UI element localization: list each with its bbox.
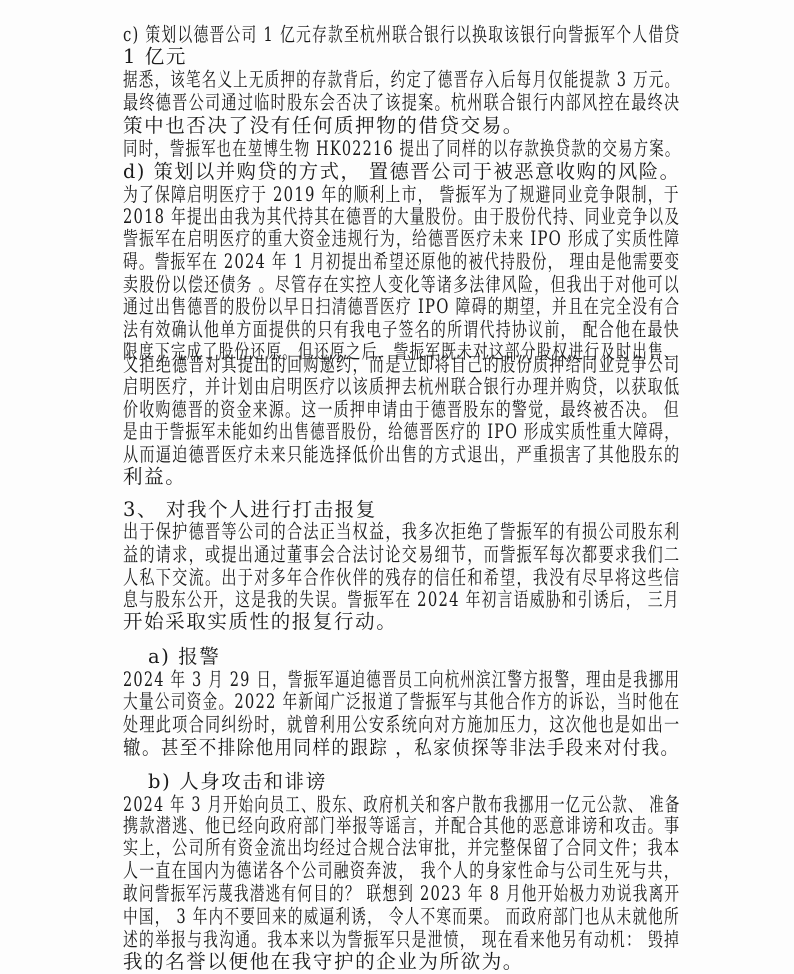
section-d-body-line: 碍。訾振军在 2024 年 1 月初提出希望还原他的被代持股份， 理由是他需要变: [123, 251, 680, 273]
section-3b-body-line: 中国， 3 年内不要回来的威逼利诱， 令人不寒而栗。 而政府部门也从未就他所: [123, 906, 680, 928]
section-d-body-line: 从而逼迫德晋医疗未来只能选择低价出售的方式退出，严重损害了其他股东的: [123, 444, 680, 466]
section-d-body-line: 利益。: [123, 466, 186, 488]
section-c-heading-line-2: 1 亿元: [123, 46, 187, 68]
section-3-body-line: 益的请求，或提出通过董事会合法讨论交易细节，而訾振军每次都要求我们二: [123, 544, 680, 566]
section-3b-body-line: 我的名誉以便他在我守护的企业为所欲为。: [123, 951, 524, 973]
section-d-body-line: 通过出售德晋的股份以早日扫清德晋医疗 IPO 障碍的期望，并且在完全没有合: [123, 296, 680, 318]
section-d-body-line: 价收购德晋的资金来源。这一质押申请由于德晋股东的警觉，最终被否决。 但: [123, 399, 680, 421]
section-d-heading: d) 策划以并购贷的方式， 置德晋公司于被恶意收购的风险。: [123, 161, 680, 183]
section-d-body-line: 法有效确认他单方面提供的只有我电子签名的所谓代持协议前， 配合他在最快: [123, 319, 680, 341]
section-d-body-line: 为了保障启明医疗于 2019 年的顺利上市， 訾振军为了规避同业竞争限制，于: [123, 184, 680, 206]
section-c-body-line: 同时，訾振军也在堃博生物 HK02216 提出了同样的以存款换贷款的交易方案。: [123, 138, 681, 160]
section-d-body-line: 2018 年提出由我为其代持其在德晋的大量股份。由于股份代持、同业竞争以及: [123, 206, 680, 228]
section-3b-body-line: 2024 年 3 月开始向员工、股东、政府机关和客户散布我挪用一亿元公款、 准备: [123, 794, 680, 816]
section-3b-body-line: 人一直在国内为德诺各个公司融资奔波， 我个人的身家性命与公司生死与共，: [123, 860, 680, 882]
section-d-body-line: 启明医疗，并计划由启明医疗以该质押去杭州联合银行办理并购贷，以获取低: [123, 376, 680, 398]
section-3-body-line: 出于保护德晋等公司的合法正当权益，我多次拒绝了訾振军的有损公司股东利: [123, 521, 680, 543]
section-3-heading: 3、 对我个人进行打击报复: [123, 499, 377, 521]
section-3a-heading: a) 报警: [148, 646, 220, 668]
section-3b-heading: b) 人身攻击和诽谤: [148, 771, 327, 793]
section-3b-body-line: 敢问訾振军污蔑我潜逃有何目的？ 联想到 2023 年 8 月他开始极力劝说我离开: [123, 883, 680, 905]
section-3b-body-line: 实上，公司所有资金流出均经过合规合法审批，并完整保留了合同文件；我本: [123, 837, 680, 859]
section-3b-body-line: 携款潜逃、他已经向政府部门举报等谣言，并配合其他的恶意诽谤和攻击。事: [123, 815, 680, 837]
section-3a-body-line: 处理此项合同纠纷时，就曾利用公安系统向对方施加压力，这次他也是如出一: [123, 714, 680, 736]
section-3b-body-line: 述的举报与我沟通。我本来以为訾振军只是泄愤， 现在看来他另有动机： 毁掉: [123, 929, 680, 951]
section-3-body-line: 息与股东公开，这是我的失误。訾振军在 2024 年初言语威胁和引诱后， 三月: [123, 589, 680, 611]
document-page: c) 策划以德晋公司 1 亿元存款至杭州联合银行以换取该银行向訾振军个人借贷 1…: [0, 0, 794, 974]
section-d-body-line: 又拒绝德晋对其提出的回购邀约，而是立即将自己的股份质押给同业竞争公司: [123, 354, 680, 376]
section-d-body-line: 訾振军在启明医疗的重大资金违规行为，给德晋医疗未来 IPO 形成了实质性障: [123, 228, 680, 250]
section-3a-body-line: 2024 年 3 月 29 日，訾振军逼迫德晋员工向杭州滨江警方报警，理由是我挪…: [123, 669, 680, 691]
section-3-body-line: 人私下交流。出于对多年合作伙伴的残存的信任和希望，我没有尽早将这些信: [123, 567, 680, 589]
section-3a-body-line: 大量公司资金。2022 年新闻广泛报道了訾振军与其他合作方的诉讼，当时他在: [123, 691, 680, 713]
section-d-body-line: 卖股份以偿还债务 。尽管存在实控人变化等诸多法律风险，但我出于对他可以: [123, 274, 680, 296]
section-c-body-line: 最终德晋公司通过临时股东会否决了该提案。杭州联合银行内部风控在最终决: [123, 92, 680, 114]
section-c-body-line: 策中也否决了没有任何质押物的借贷交易。: [123, 115, 524, 137]
section-d-body-line: 是由于訾振军未能如约出售德晋股份，给德晋医疗的 IPO 形成实质性重大障碍，: [123, 421, 680, 443]
section-c-heading-line-1: c) 策划以德晋公司 1 亿元存款至杭州联合银行以换取该银行向訾振军个人借贷: [123, 24, 680, 46]
section-3a-body-line: 辙。甚至不排除他用同样的跟踪 ，私家侦探等非法手段来对付我。: [123, 737, 679, 759]
section-c-body-line: 据悉，该笔名义上无质押的存款背后，约定了德晋存入后每月仅能提款 3 万元。: [123, 69, 680, 91]
section-3-body-line: 开始采取实质性的报复行动。: [123, 611, 397, 633]
